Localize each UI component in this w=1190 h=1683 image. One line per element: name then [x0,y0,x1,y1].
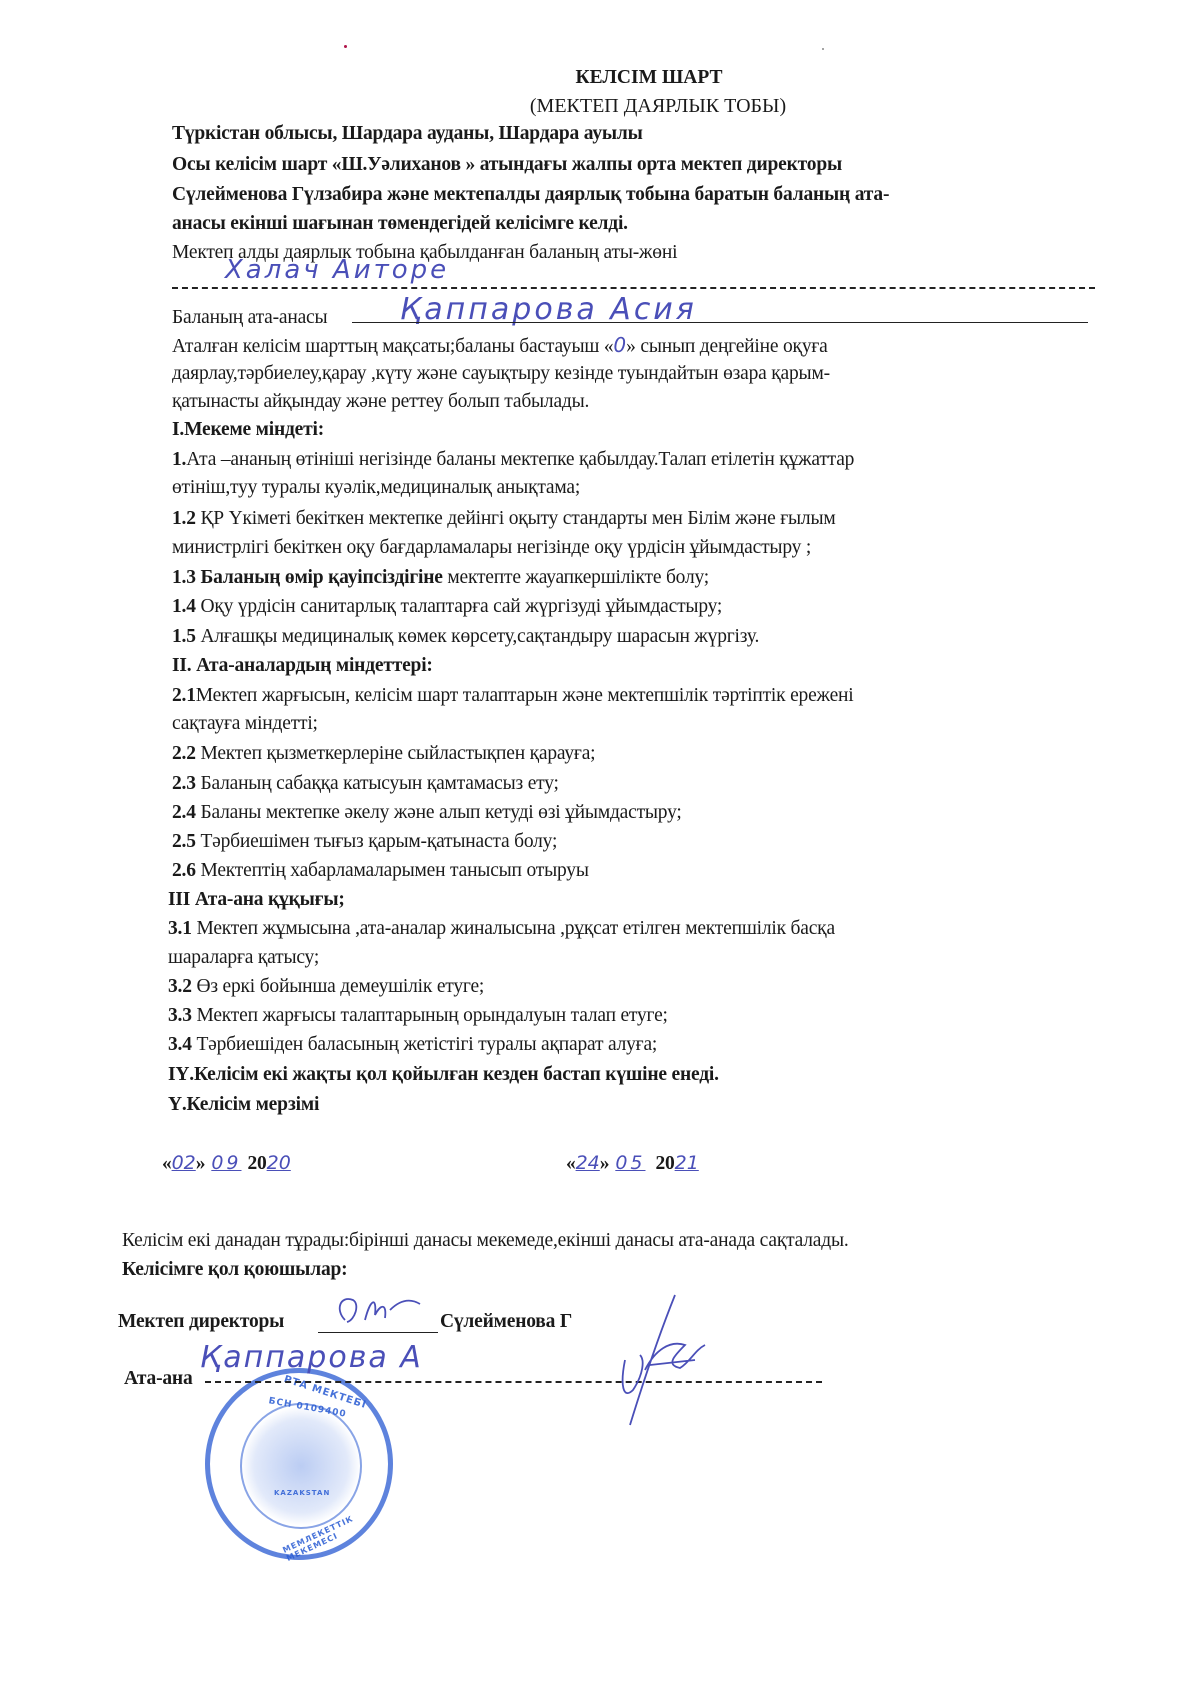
parent-signature[interactable] [595,1290,715,1430]
director-label: Мектеп директоры [118,1310,284,1334]
item-number: 1.5 [172,626,196,647]
item-number: 2.5 [172,831,196,852]
item-number: 3.4 [168,1034,192,1055]
parent-label: Ата-ана [124,1367,193,1391]
intro-line-1: Осы келісім шарт «Ш.Уәлиханов » атындағы… [172,153,842,177]
section-2-item-3: 2.3 Баланың сабаққа катысуын қамтамасыз … [172,772,559,796]
item-text: Мектептің хабарламаларымен танысып отыру… [196,860,589,881]
item-text: Тәрбиешіден баласының жетістігі туралы а… [192,1034,657,1055]
section-2-heading: ІІ. Ата-аналардың міндеттері: [172,654,433,678]
end-year-field[interactable]: 21 [675,1152,699,1174]
item-number: 3.2 [168,976,192,997]
section-1-item-1-cont: өтініш,туу туралы куәлік,медициналық аны… [172,476,580,500]
stamp-emblem [240,1403,362,1529]
child-name-field[interactable]: Халач Аитоpе [225,255,449,285]
section-1-item-2: 1.2 ҚР Үкіметі бекіткен мектепке дейінгі… [172,507,836,531]
document-subtitle: (МЕКТЕП ДАЯРЛЫК ТОБЫ) [63,94,1190,118]
official-stamp: РТА МЕКТЕБІ БСН 0109400 KAZAKSTAN МЕМЛЕК… [205,1368,393,1560]
start-date: «02»092020 [162,1151,291,1176]
section-3-heading: ІІІ Ата-ана құқығы; [168,888,345,912]
item-text: Мектеп жарғысын, келісім шарт талаптарын… [196,685,854,706]
section-1-item-2-cont: министрлігі бекіткен оқу бағдарламалары … [172,536,811,560]
start-day-field[interactable]: 02 [172,1152,196,1174]
section-1-item-4: 1.4 Оқу үрдісін санитарлық талаптарға са… [172,595,722,619]
item-number: 2.6 [172,860,196,881]
item-number: 1.2 [172,508,196,529]
section-3-item-1: 3.1 Мектеп жұмысына ,ата-аналар жиналысы… [168,917,835,941]
section-4-heading: ІҮ.Келісім екі жақты қол қойылған кезден… [168,1063,719,1087]
intro-line-3: анасы екінші шағынан төмендегідей келісі… [172,212,628,236]
item-number: 1.4 [172,596,196,617]
scan-speck [822,48,824,50]
section-2-item-4: 2.4 Баланы мектепке әкелу және алып кету… [172,801,682,825]
item-number: 1.3 Баланың өмір қауіпсіздігіне [172,567,443,588]
item-number: 1. [172,449,186,470]
item-text: Өз еркі бойынша демеушілік етуге; [192,976,484,997]
parent-signature-name[interactable]: Қаппарова А [200,1340,423,1375]
quote-open: « [162,1153,172,1174]
item-text: мектепте жауапкершілікте болу; [443,567,709,588]
director-name: Сүлейменова Г [440,1310,572,1334]
parent-name-underline [352,322,1088,323]
purpose-line-2: даярлау,тәрбиелеу,қарау ,күту және сауық… [172,362,830,386]
item-number: 3.3 [168,1005,192,1026]
location-line: Түркістан облысы, Шардара ауданы, Шардар… [172,122,643,146]
item-text: Баланың сабаққа катысуын қамтамасыз ету; [196,773,559,794]
item-number: 3.1 [168,918,192,939]
section-3-item-3: 3.3 Мектеп жарғысы талаптарының орындалу… [168,1004,668,1028]
signatories-heading: Келісімге қол қоюшылар: [122,1258,347,1282]
intro-line-2: Сүлейменова Гүлзабира және мектепалды да… [172,183,889,207]
item-text: Оқу үрдісін санитарлық талаптарға сай жү… [196,596,722,617]
item-number: 2.2 [172,743,196,764]
section-2-item-1: 2.1Мектеп жарғысын, келісім шарт талапта… [172,684,853,708]
section-3-item-1-cont: шараларға қатысу; [168,946,319,970]
year-prefix: 20 [656,1153,675,1174]
parent-name-label: Баланың ата-анасы [172,306,327,330]
section-2-item-1-cont: сақтауға міндетті; [172,712,318,736]
section-3-item-2: 3.2 Өз еркі бойынша демеушілік етуге; [168,975,484,999]
end-month-field[interactable]: 05 [609,1152,655,1174]
item-number: 2.4 [172,802,196,823]
section-1-heading: І.Мекеме міндеті: [172,418,324,442]
quote-close: » [196,1153,206,1174]
copies-note: Келісім екі данадан тұрады:бірінші данас… [122,1229,849,1253]
start-year-field[interactable]: 20 [267,1152,291,1174]
section-2-item-6: 2.6 Мектептің хабарламаларымен танысып о… [172,859,589,883]
purpose-line-1: Аталған келісім шарттың мақсаты;баланы б… [172,333,828,359]
section-1-item-5: 1.5 Алғашқы медициналық көмек көрсету,са… [172,625,759,649]
section-2-item-2: 2.2 Мектеп қызметкерлеріне сыйластықпен … [172,742,595,766]
item-text: Ата –ананың өтініші негізінде баланы мек… [186,449,854,470]
item-text: ҚР Үкіметі бекіткен мектепке дейінгі оқы… [196,508,836,529]
end-day-field[interactable]: 24 [576,1152,600,1174]
section-1-item-3: 1.3 Баланың өмір қауіпсіздігіне мектепте… [172,566,709,590]
item-text: Мектеп қызметкерлеріне сыйластықпен қара… [196,743,596,764]
child-name-dashed-line [172,287,1095,289]
director-signature[interactable] [325,1290,435,1335]
item-text: Мектеп жарғысы талаптарының орындалуын т… [192,1005,668,1026]
end-date: «24»052021 [566,1151,699,1176]
item-text: Тәрбиешімен тығыз қарым-қатынаста болу; [196,831,557,852]
document-title: КЕЛСІМ ШАРТ [54,66,1190,90]
section-1-item-1: 1.Ата –ананың өтініші негізінде баланы м… [172,448,854,472]
section-5-heading: Ү.Келісім мерзімі [168,1093,319,1117]
purpose-line-3: қатынасты айқындау және реттеу болып таб… [172,390,589,414]
grade-field[interactable]: 0 [613,333,626,357]
parent-signature-dashed-line [205,1381,822,1383]
year-prefix: 20 [248,1153,267,1174]
quote-close: » [600,1153,610,1174]
purpose-text-b: » сынып деңгейіне оқуға [626,336,827,357]
item-text: Баланы мектепке әкелу және алып кетуді ө… [196,802,682,823]
item-text: Алғашқы медициналық көмек көрсету,сақтан… [196,626,759,647]
section-3-item-4: 3.4 Тәрбиешіден баласының жетістігі тура… [168,1033,657,1057]
item-number: 2.3 [172,773,196,794]
item-number: 2.1 [172,685,196,706]
section-2-item-5: 2.5 Тәрбиешімен тығыз қарым-қатынаста бо… [172,830,557,854]
quote-open: « [566,1153,576,1174]
stamp-center-text: KAZAKSTAN [274,1489,330,1497]
purpose-text-a: Аталған келісім шарттың мақсаты;баланы б… [172,336,613,357]
start-month-field[interactable]: 09 [205,1152,247,1174]
scan-speck [344,45,347,48]
item-text: Мектеп жұмысына ,ата-аналар жиналысына ,… [192,918,835,939]
